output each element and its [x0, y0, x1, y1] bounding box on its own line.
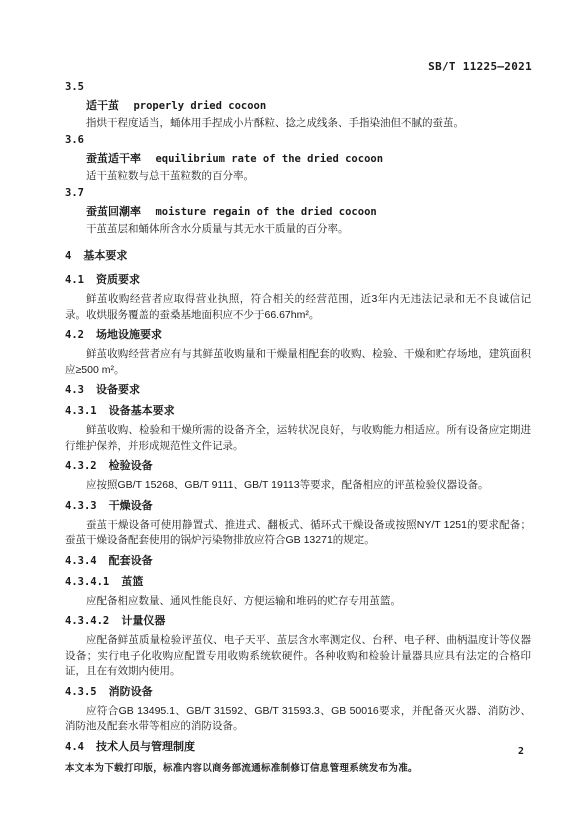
section-paragraph: 应符合GB 13495.1、GB/T 31592、GB/T 31593.3、GB… — [65, 704, 531, 735]
section-title: 茧篮 — [121, 576, 143, 588]
page-number: 2 — [518, 746, 524, 757]
section-number: 4.4 — [65, 741, 84, 753]
section-heading-4-3-4: 4.3.4 配套设备 — [65, 553, 531, 570]
section-number: 4.3.4.1 — [65, 576, 109, 588]
term-definition: 适干茧粒数与总干茧粒数的百分率。 — [65, 168, 531, 185]
section-title: 配套设备 — [109, 555, 153, 567]
section-paragraph: 应配备相应数量、通风性能良好、方便运输和堆码的贮存专用茧篮。 — [65, 594, 531, 610]
section-number: 4.3.4 — [65, 555, 97, 567]
section-paragraph: 应配备鲜茧质量检验评茧仪、电子天平、茧层含水率测定仪、台秤、电子秤、曲柄温度计等… — [65, 633, 531, 680]
section-title: 计量仪器 — [121, 615, 165, 627]
section-heading-4: 4 基本要求 — [65, 248, 531, 265]
section-number: 4.3.4.2 — [65, 615, 109, 627]
section-heading-4-4: 4.4 技术人员与管理制度 — [65, 739, 531, 756]
term-entry-3-5: 3.5 适干茧 properly dried cocoon 指烘干程度适当，蛹体… — [65, 79, 531, 132]
section-heading-4-3-5: 4.3.5 消防设备 — [65, 684, 531, 701]
section-title: 检验设备 — [109, 460, 153, 472]
term-english: equilibrium rate of the dried cocoon — [155, 153, 383, 165]
section-paragraph: 鲜茧收购经营者应取得营业执照，符合相关的经营范围，近3年内无违法记录和无不良诚信… — [65, 292, 531, 323]
section-heading-4-3-1: 4.3.1 设备基本要求 — [65, 403, 531, 420]
section-heading-4-3-3: 4.3.3 干燥设备 — [65, 498, 531, 515]
section-number: 4.3.5 — [65, 686, 97, 698]
section-title: 场地设施要求 — [96, 329, 162, 341]
section-number: 4.3.2 — [65, 460, 97, 472]
section-title: 技术人员与管理制度 — [96, 741, 195, 753]
section-number: 4.1 — [65, 274, 84, 286]
section-number: 4 — [65, 250, 71, 262]
section-title: 设备基本要求 — [109, 405, 175, 417]
term-line: 适干茧 properly dried cocoon — [65, 96, 531, 115]
term-chinese: 蚕茧适干率 — [86, 153, 141, 165]
section-heading-4-2: 4.2 场地设施要求 — [65, 327, 531, 344]
term-english: properly dried cocoon — [133, 100, 266, 112]
term-entry-3-6: 3.6 蚕茧适干率 equilibrium rate of the dried … — [65, 132, 531, 185]
term-definition: 干茧茧层和蛹体所含水分质量与其无水干质量的百分率。 — [65, 221, 531, 238]
section-title: 干燥设备 — [109, 500, 153, 512]
document-page: SB/T 11225—2021 3.5 适干茧 properly dried c… — [0, 0, 582, 820]
section-heading-4-3-4-1: 4.3.4.1 茧篮 — [65, 574, 531, 591]
section-paragraph: 蚕茧干燥设备可使用静置式、推进式、翻板式、循环式干燥设备或按照NY/T 1251… — [65, 518, 531, 549]
section-heading-4-3: 4.3 设备要求 — [65, 382, 531, 399]
footer-note: 本文本为下载打印版，标准内容以商务部流通标准制修订信息管理系统发布为准。 — [65, 760, 532, 774]
standard-code: SB/T 11225—2021 — [428, 60, 532, 73]
section-heading-4-1: 4.1 资质要求 — [65, 272, 531, 289]
clause-number: 3.7 — [65, 185, 531, 202]
term-english: moisture regain of the dried cocoon — [155, 206, 376, 218]
term-chinese: 适干茧 — [86, 100, 119, 112]
page-header: SB/T 11225—2021 — [65, 60, 532, 73]
section-heading-4-3-4-2: 4.3.4.2 计量仪器 — [65, 613, 531, 630]
term-entry-3-7: 3.7 蚕茧回潮率 moisture regain of the dried c… — [65, 185, 531, 238]
section-number: 4.3 — [65, 384, 84, 396]
document-content: 3.5 适干茧 properly dried cocoon 指烘干程度适当，蛹体… — [65, 79, 531, 759]
term-chinese: 蚕茧回潮率 — [86, 206, 141, 218]
section-number: 4.3.3 — [65, 500, 97, 512]
section-paragraph: 应按照GB/T 15268、GB/T 9111、GB/T 19113等要求，配备… — [65, 478, 531, 494]
clause-number: 3.5 — [65, 79, 531, 96]
term-line: 蚕茧适干率 equilibrium rate of the dried coco… — [65, 149, 531, 168]
term-line: 蚕茧回潮率 moisture regain of the dried cocoo… — [65, 202, 531, 221]
clause-number: 3.6 — [65, 132, 531, 149]
section-title: 设备要求 — [96, 384, 140, 396]
section-title: 基本要求 — [83, 250, 127, 262]
section-number: 4.2 — [65, 329, 84, 341]
section-paragraph: 鲜茧收购经营者应有与其鲜茧收购量和干燥量相配套的收购、检验、干燥和贮存场地，建筑… — [65, 347, 531, 378]
section-heading-4-3-2: 4.3.2 检验设备 — [65, 458, 531, 475]
term-definition: 指烘干程度适当，蛹体用手捏成小片酥粒、捻之成线条、手指染油但不腻的蚕茧。 — [65, 115, 531, 132]
section-paragraph: 鲜茧收购、检验和干燥所需的设备齐全，运转状况良好，与收购能力相适应。所有设备应定… — [65, 423, 531, 454]
section-number: 4.3.1 — [65, 405, 97, 417]
section-title: 消防设备 — [109, 686, 153, 698]
section-title: 资质要求 — [96, 274, 140, 286]
